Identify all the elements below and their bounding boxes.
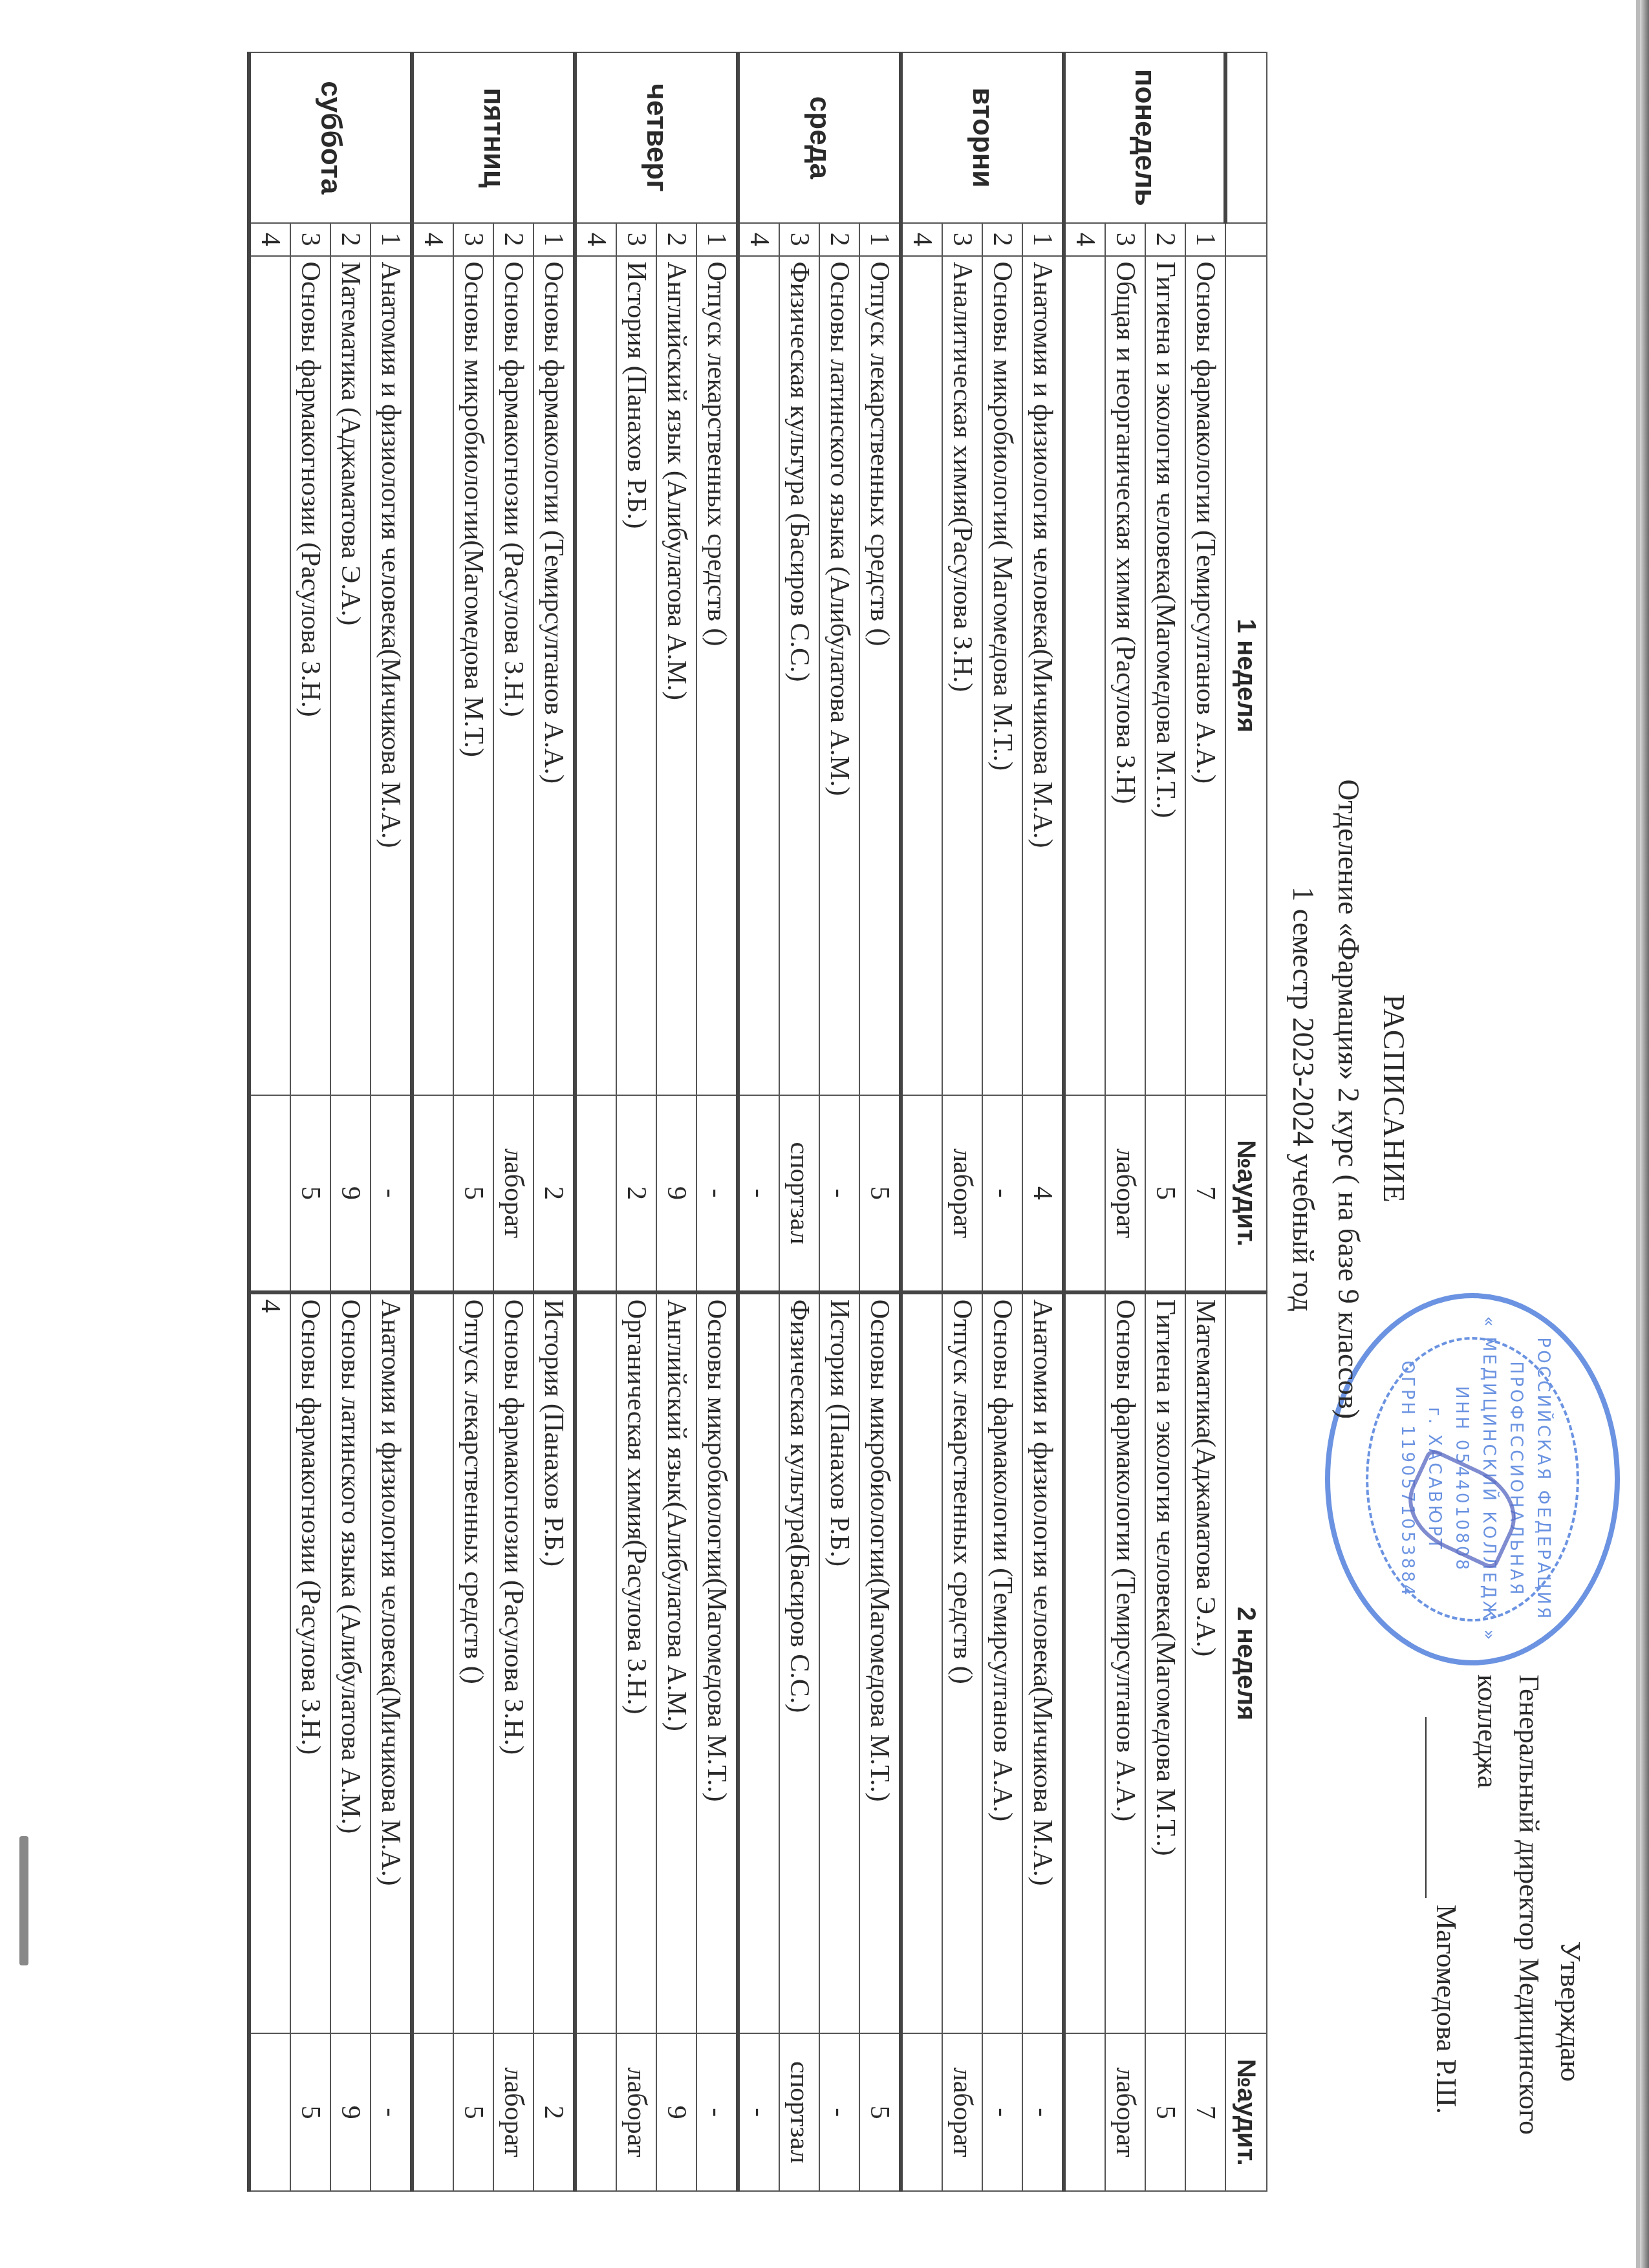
lesson-number: 4 <box>1064 223 1105 256</box>
week2-subject: История (Панахов Р.Б.) <box>819 1292 859 2034</box>
week1-room: 5 <box>453 1095 493 1292</box>
table-row: 4 <box>901 52 942 2191</box>
table-row: 44 <box>249 52 290 2191</box>
week1-subject <box>412 256 453 1096</box>
table-row: пятниц1Основы фармакологии (Темирсултано… <box>533 52 575 2191</box>
week1-room <box>901 1095 942 1292</box>
table-row: 4 <box>1064 52 1105 2191</box>
lesson-number: 3 <box>453 223 493 256</box>
week1-subject: Основы фармакологии (Темирсултанов А.А.) <box>533 256 575 1096</box>
week1-room: - <box>696 1095 738 1292</box>
table-row: 2Английский язык (Алибулатова А.М.)9Англ… <box>656 52 696 2191</box>
stamp-line: ПРОФЕССИОНАЛЬНАЯ <box>1502 1298 1529 1660</box>
week1-subject <box>575 256 616 1096</box>
week1-subject <box>738 256 779 1096</box>
week2-subject: Гигиена и экология человека(Магомедова М… <box>1145 1292 1185 2034</box>
table-row: 3Физическая культура (Басиров С.С.)спорт… <box>779 52 819 2191</box>
week1-room: 5 <box>1145 1095 1185 1292</box>
week1-room: лаборат <box>942 1095 982 1292</box>
title-department: Отделение «Фармация» 2 курс ( на базе 9 … <box>1326 453 1371 1746</box>
week2-room: - <box>371 2033 412 2191</box>
week2-subject: Анатомия и физиология человека(Мичикова … <box>1022 1292 1064 2034</box>
lesson-number: 3 <box>779 223 819 256</box>
approval-label: Утверждаю <box>1549 1655 1591 2237</box>
table-row: 3Основы фармакогнозии (Расулова З.Н.)5Ос… <box>290 52 330 2191</box>
week2-room: лаборат <box>616 2033 656 2191</box>
week1-room <box>575 1095 616 1292</box>
header-num <box>1225 223 1267 256</box>
day-name-cell: среда <box>738 52 901 223</box>
header-week1: 1 неделя <box>1225 256 1267 1096</box>
approval-name: Магомедова Р.Ш. <box>1430 1905 1462 2114</box>
week1-room: - <box>819 1095 859 1292</box>
lesson-number: 2 <box>819 223 859 256</box>
week1-room: 4 <box>1022 1095 1064 1292</box>
lesson-number: 4 <box>249 223 290 256</box>
approval-name-row: Магомедова Р.Ш. <box>1425 1655 1467 2237</box>
week1-room: 7 <box>1185 1095 1225 1292</box>
week2-room: 5 <box>859 2033 901 2191</box>
lesson-number: 4 <box>412 223 453 256</box>
week2-room: лаборат <box>493 2033 533 2191</box>
week2-room: 9 <box>330 2033 371 2191</box>
week1-room <box>412 1095 453 1292</box>
schedule-page: РОССИЙСКАЯ ФЕДЕРАЦИЯ ПРОФЕССИОНАЛЬНАЯ « … <box>0 0 1649 2268</box>
lesson-number: 4 <box>575 223 616 256</box>
approval-block: Утверждаю Генеральный директор Медицинск… <box>1425 1655 1591 2237</box>
week1-room: - <box>738 1095 779 1292</box>
day-name-cell: вторни <box>901 52 1064 223</box>
lesson-number: 2 <box>1145 223 1185 256</box>
lesson-number: 3 <box>616 223 656 256</box>
table-row: 2Основы латинского языка (Алибулатова А.… <box>819 52 859 2191</box>
week2-subject: Отпуск лекарственных средств () <box>942 1292 982 2034</box>
day-name-cell: пятниц <box>412 52 575 223</box>
week1-subject: Отпуск лекарственных средств () <box>859 256 901 1096</box>
week2-room: 7 <box>1185 2033 1225 2191</box>
week2-subject: Основы латинского языка (Алибулатова А.М… <box>330 1292 371 2034</box>
week2-room <box>901 2033 942 2191</box>
week2-subject: Основы фармакологии (Темирсултанов А.А.) <box>1105 1292 1145 2034</box>
table-row: 2Математика (Аджаматова Э.А.)9Основы лат… <box>330 52 371 2191</box>
lesson-number: 2 <box>656 223 696 256</box>
table-row: 3История (Панахов Р.Б.)2Органическая хим… <box>616 52 656 2191</box>
week2-subject: Основы микробиологии(Магомедова М.Т..) <box>859 1292 901 2034</box>
day-name-cell: четверг <box>575 52 738 223</box>
week2-subject <box>412 1292 453 2034</box>
week2-room <box>1064 2033 1105 2191</box>
week1-room: спортзал <box>779 1095 819 1292</box>
table-row: 3Основы микробиологии(Магомедова М.Т.)5О… <box>453 52 493 2191</box>
week1-room: 2 <box>616 1095 656 1292</box>
lesson-number: 2 <box>330 223 371 256</box>
week1-subject: Отпуск лекарственных средств () <box>696 256 738 1096</box>
week1-subject <box>901 256 942 1096</box>
week1-room: 5 <box>290 1095 330 1292</box>
week1-subject: Английский язык (Алибулатова А.М.) <box>656 256 696 1096</box>
week1-room: 9 <box>330 1095 371 1292</box>
lesson-number: 2 <box>982 223 1022 256</box>
week1-subject: Физическая культура (Басиров С.С.) <box>779 256 819 1096</box>
week2-room <box>575 2033 616 2191</box>
week2-subject <box>738 1292 779 2034</box>
week2-subject: Основы фармакогнозии (Расулова З.Н.) <box>290 1292 330 2034</box>
table-row: 4-- <box>738 52 779 2191</box>
table-row: понедель1Основы фармакологии (Темирсулта… <box>1185 52 1225 2191</box>
title-semester: 1 семестр 2023-2024 учебный год <box>1280 453 1326 1746</box>
week2-subject <box>901 1292 942 2034</box>
week2-subject: Английский язык(Алибулатова А.М.) <box>656 1292 696 2034</box>
lesson-number: 1 <box>533 223 575 256</box>
week2-subject: 4 <box>249 1292 290 2034</box>
week2-subject: Физическая культура(Басиров С.С.) <box>779 1292 819 2034</box>
week1-subject: Анатомия и физиология человека(Мичикова … <box>1022 256 1064 1096</box>
week2-subject: Математика(Аджаматова Э.А.) <box>1185 1292 1225 2034</box>
week1-subject: Основы микробиологии(Магомедова М.Т.) <box>453 256 493 1096</box>
week1-subject: Анатомия и физиология человека(Мичикова … <box>371 256 412 1096</box>
week2-subject: История (Панахов Р.Б.) <box>533 1292 575 2034</box>
table-row: 3Общая и неорганическая химия (Расулова … <box>1105 52 1145 2191</box>
lesson-number: 1 <box>371 223 412 256</box>
week2-subject: Анатомия и физиология человека(Мичикова … <box>371 1292 412 2034</box>
week1-subject: Аналитическая химия(Расулова З.Н.) <box>942 256 982 1096</box>
table-row: 2Гигиена и экология человека(Магомедова … <box>1145 52 1185 2191</box>
week1-room: 2 <box>533 1095 575 1292</box>
week1-room: - <box>982 1095 1022 1292</box>
table-row: 4 <box>412 52 453 2191</box>
week1-subject: История (Панахов Р.Б.) <box>616 256 656 1096</box>
lesson-number: 1 <box>1022 223 1064 256</box>
title-main: РАСПИСАНИЕ <box>1371 453 1416 1746</box>
week2-room: - <box>982 2033 1022 2191</box>
week1-subject: Гигиена и экология человека(Магомедова М… <box>1145 256 1185 1096</box>
week1-subject: Основы латинского языка (Алибулатова А.М… <box>819 256 859 1096</box>
week1-room: 5 <box>859 1095 901 1292</box>
week1-room: лаборат <box>493 1095 533 1292</box>
week2-room: спортзал <box>779 2033 819 2191</box>
lesson-number: 1 <box>859 223 901 256</box>
week1-subject: Основы фармакогнозии (Расулова З.Н.) <box>290 256 330 1096</box>
schedule-table: 1 неделя №аудит. 2 неделя №аудит. понеде… <box>247 52 1267 2192</box>
table-row: 3Аналитическая химия(Расулова З.Н.)лабор… <box>942 52 982 2191</box>
week1-room: - <box>371 1095 412 1292</box>
week2-room: - <box>696 2033 738 2191</box>
header-room1: №аудит. <box>1225 1095 1267 1292</box>
week1-room: лаборат <box>1105 1095 1145 1292</box>
week2-subject: Отпуск лекарственных средств () <box>453 1292 493 2034</box>
stamp-line: РОССИЙСКАЯ ФЕДЕРАЦИЯ <box>1529 1298 1557 1660</box>
week1-subject: Основы микробиологии( Магомедова М.Т..) <box>982 256 1022 1096</box>
week2-room: 5 <box>453 2033 493 2191</box>
week2-room: лаборат <box>1105 2033 1145 2191</box>
week1-subject: Математика (Аджаматова Э.А.) <box>330 256 371 1096</box>
lesson-number: 3 <box>942 223 982 256</box>
lesson-number: 1 <box>696 223 738 256</box>
day-name-cell: понедель <box>1064 52 1225 223</box>
lesson-number: 3 <box>1105 223 1145 256</box>
table-row: 2Основы фармакогнозии (Расулова З.Н.)лаб… <box>493 52 533 2191</box>
week2-room: 9 <box>656 2033 696 2191</box>
week2-subject: Органическая химия(Расулова З.Н.) <box>616 1292 656 2034</box>
table-row: среда1Отпуск лекарственных средств ()5Ос… <box>859 52 901 2191</box>
day-name-cell: суббота <box>249 52 412 223</box>
week1-subject: Общая и неорганическая химия (Расулова З… <box>1105 256 1145 1096</box>
week1-subject <box>249 256 290 1096</box>
week2-room: - <box>1022 2033 1064 2191</box>
week2-room: - <box>819 2033 859 2191</box>
week1-subject: Основы фармакологии (Темирсултанов А.А.) <box>1185 256 1225 1096</box>
lesson-number: 4 <box>901 223 942 256</box>
week2-room: лаборат <box>942 2033 982 2191</box>
week2-room: 5 <box>290 2033 330 2191</box>
week1-room <box>1064 1095 1105 1292</box>
week1-room: 9 <box>656 1095 696 1292</box>
approval-position: Генеральный директор Медицинского коллед… <box>1467 1655 1549 2237</box>
week1-subject <box>1064 256 1105 1096</box>
signature-line <box>1425 1717 1427 1898</box>
lesson-number: 1 <box>1185 223 1225 256</box>
table-row: 2Основы микробиологии( Магомедова М.Т..)… <box>982 52 1022 2191</box>
week2-room <box>412 2033 453 2191</box>
week2-subject <box>1064 1292 1105 2034</box>
table-row: вторни1Анатомия и физиология человека(Ми… <box>1022 52 1064 2191</box>
week2-subject: Основы микробиологии(Магомедова М.Т..) <box>696 1292 738 2034</box>
week1-subject: Основы фармакогнозии (Расулова З.Н.) <box>493 256 533 1096</box>
table-row: суббота1Анатомия и физиология человека(М… <box>371 52 412 2191</box>
document-title: РАСПИСАНИЕ Отделение «Фармация» 2 курс (… <box>1280 453 1416 1746</box>
week2-room: 5 <box>1145 2033 1185 2191</box>
header-week2: 2 неделя <box>1225 1292 1267 2034</box>
lesson-number: 4 <box>738 223 779 256</box>
header-room2: №аудит. <box>1225 2033 1267 2191</box>
week1-room <box>249 1095 290 1292</box>
table-row: четверг1Отпуск лекарственных средств ()-… <box>696 52 738 2191</box>
lesson-number: 3 <box>290 223 330 256</box>
week2-room: - <box>738 2033 779 2191</box>
lesson-number: 2 <box>493 223 533 256</box>
week2-subject: Основы фармакологии (Темирсултанов А.А.) <box>982 1292 1022 2034</box>
table-header-row: 1 неделя №аудит. 2 неделя №аудит. <box>1225 52 1267 2191</box>
header-day <box>1225 52 1267 223</box>
week2-subject <box>575 1292 616 2034</box>
week2-room: 2 <box>533 2033 575 2191</box>
week2-room <box>249 2033 290 2191</box>
week2-subject: Основы фармакогнозии (Расулова З.Н.) <box>493 1292 533 2034</box>
table-row: 4 <box>575 52 616 2191</box>
